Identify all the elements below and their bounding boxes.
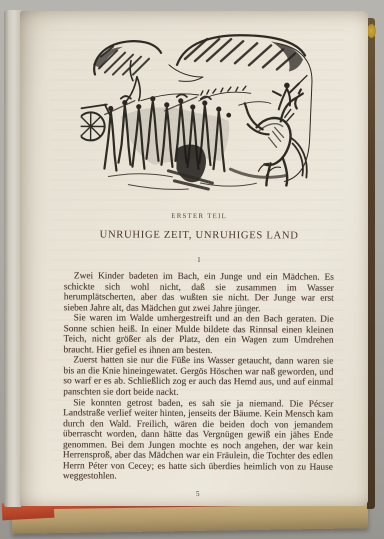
part-heading: ERSTER TEIL	[64, 212, 334, 220]
book-cover-yellow-spot	[367, 24, 376, 38]
body-paragraph: Zuerst hatten sie nur die Füße ins Wasse…	[63, 356, 333, 400]
section-number: 1	[64, 254, 334, 264]
book-page: ERSTER TEIL UNRUHIGE ZEIT, UNRUHIGES LAN…	[20, 11, 368, 506]
body-paragraph: Zwei Kinder badeten im Bach, ein Junge u…	[64, 271, 334, 315]
page-content: ERSTER TEIL UNRUHIGE ZEIT, UNRUHIGES LAN…	[63, 10, 336, 498]
book-right-cover-edge	[367, 18, 375, 509]
book-left-page-edges	[4, 10, 21, 507]
page-number: 5	[63, 488, 333, 498]
ink-sketch-crowd-with-wagon-and-rearing-horse-illustration	[80, 30, 319, 195]
body-paragraph: Sie konnten getrost baden, es sah sie ja…	[63, 398, 333, 484]
body-paragraph: Sie waren im Walde umhergestreift und an…	[63, 313, 333, 357]
body-text: Zwei Kinder badeten im Bach, ein Junge u…	[63, 271, 334, 483]
photo-background: ERSTER TEIL UNRUHIGE ZEIT, UNRUHIGES LAN…	[0, 0, 384, 539]
chapter-title: UNRUHIGE ZEIT, UNRUHIGES LAND	[64, 229, 334, 241]
